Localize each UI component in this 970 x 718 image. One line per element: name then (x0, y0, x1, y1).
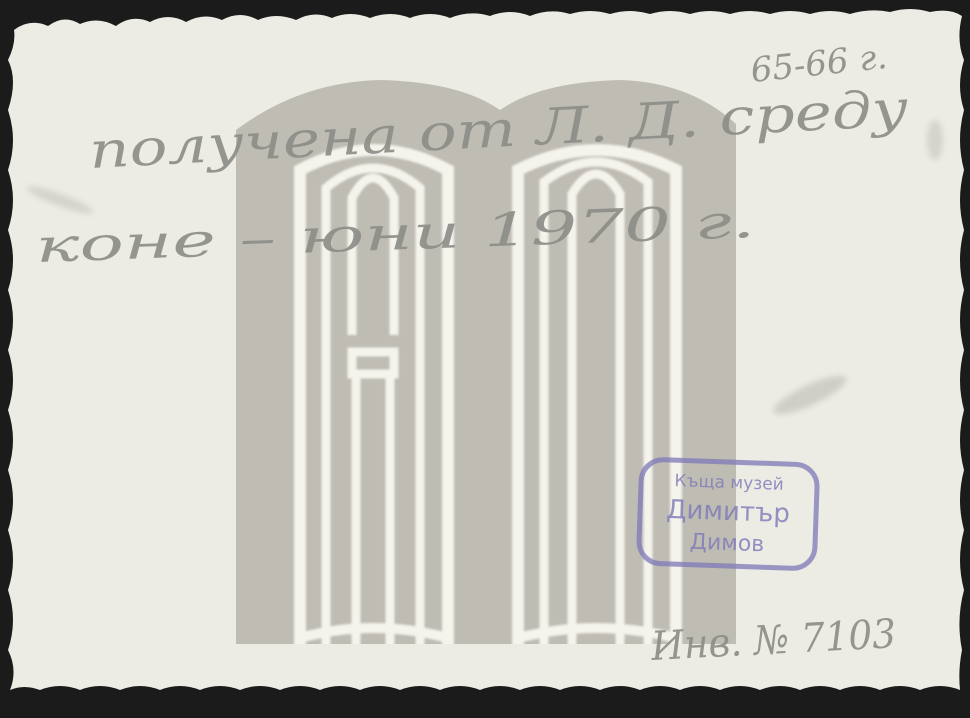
stamp-line-2: Димитър (666, 495, 791, 529)
photo-back-scene: 65-66 г. получена от Л. Д. среду коне – … (0, 0, 970, 718)
stamp-line-3: Димов (689, 530, 764, 558)
stamp-line-1: Къща музей (674, 471, 784, 495)
